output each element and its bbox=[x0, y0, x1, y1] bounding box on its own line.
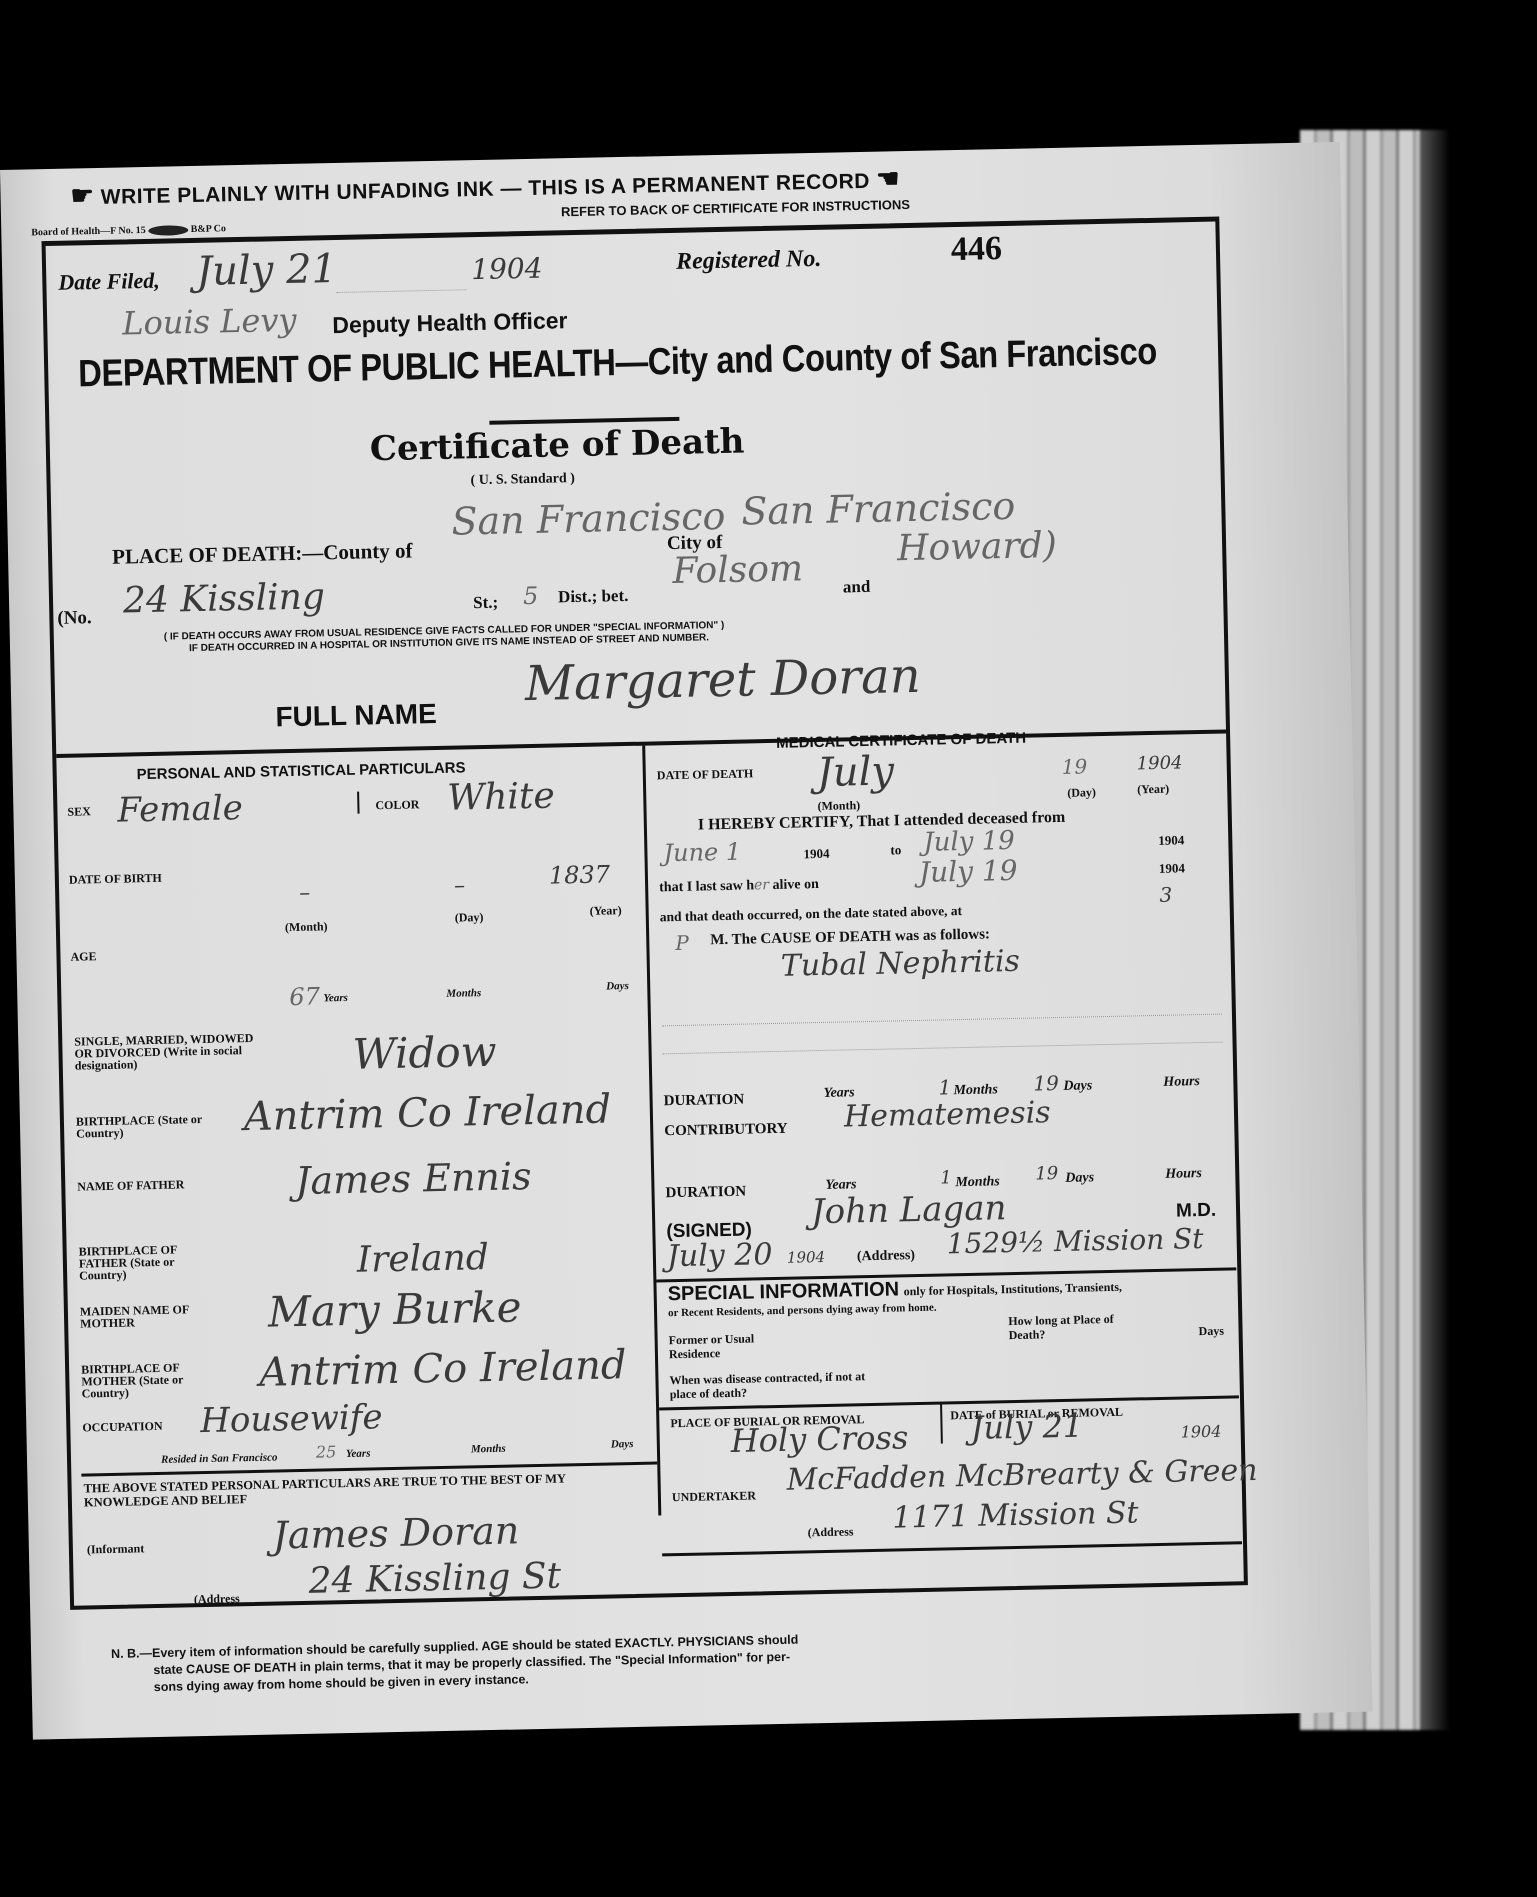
father-name-label: NAME OF FATHER bbox=[77, 1178, 187, 1192]
attended-from: June 1 bbox=[663, 838, 741, 868]
death-occurred-text: and that death occurred, on the date sta… bbox=[660, 903, 963, 925]
sex-label: SEX bbox=[67, 805, 91, 817]
mother-birthplace-label: BIRTHPLACE OF MOTHER (State or Country) bbox=[81, 1361, 222, 1400]
physician-address-label: (Address) bbox=[857, 1248, 915, 1265]
signed-year: 1904 bbox=[787, 1248, 826, 1267]
dob-year-label: (Year) bbox=[590, 904, 622, 917]
duration2-days: 19 bbox=[1035, 1163, 1058, 1184]
dod-month-label: (Month) bbox=[817, 799, 860, 812]
date-filed-label: Date Filed, bbox=[58, 268, 160, 296]
date-filed-year: 1904 bbox=[471, 252, 543, 286]
form-number-text: Board of Health—F No. 15 bbox=[31, 225, 146, 238]
burial-place-value: Holy Cross bbox=[730, 1418, 908, 1460]
printer-text: B&P Co bbox=[191, 223, 227, 235]
burial-date-value: July 21 bbox=[970, 1407, 1083, 1447]
physician-name: John Lagan bbox=[811, 1188, 1007, 1232]
duration2-label: DURATION bbox=[665, 1184, 746, 1203]
date-filed-value: July 21 bbox=[196, 246, 338, 295]
last-saw-label: that I last saw her alive on bbox=[659, 876, 819, 896]
informant-value: James Doran bbox=[272, 1508, 520, 1557]
father-name-value: James Ennis bbox=[295, 1154, 532, 1203]
attended-to: July 19 bbox=[923, 826, 1015, 858]
registered-label: Registered No. bbox=[676, 246, 822, 276]
street-no-label: (No. bbox=[57, 607, 92, 630]
former-residence-label: Former or Usual Residence bbox=[669, 1331, 780, 1361]
contributory-label: CONTRIBUTORY bbox=[664, 1121, 788, 1141]
full-name-label: FULL NAME bbox=[275, 698, 437, 733]
date-of-death-label: DATE OF DEATH bbox=[657, 767, 754, 781]
dob-month-label: (Month) bbox=[285, 920, 328, 933]
special-info-subtitle-1: only for Hospitals, Institutions, Transi… bbox=[903, 1280, 1122, 1299]
color-label: COLOR bbox=[375, 798, 419, 811]
officer-signature: Louis Levy bbox=[122, 301, 297, 343]
dod-year-label: (Year) bbox=[1137, 783, 1169, 796]
death-time-ampm: P bbox=[675, 931, 689, 955]
informant-address-value: 24 Kissling St bbox=[308, 1556, 561, 1602]
mother-name-label: MAIDEN NAME OF MOTHER bbox=[80, 1303, 200, 1330]
dod-day-label: (Day) bbox=[1067, 786, 1096, 799]
undertaker-address-value: 1171 Mission St bbox=[892, 1495, 1139, 1535]
registered-number: 446 bbox=[950, 230, 1002, 269]
md-label: M.D. bbox=[1176, 1200, 1217, 1223]
burial-date-year: 1904 bbox=[1180, 1422, 1221, 1442]
last-saw-date: July 19 bbox=[919, 854, 1018, 889]
to-label: to bbox=[890, 842, 901, 858]
duration2-days-label: Days bbox=[1065, 1170, 1094, 1187]
cause-of-death-value: Tubal Nephritis bbox=[780, 944, 1020, 984]
date-of-death-year: 1904 bbox=[1136, 752, 1182, 774]
street-address-value: 24 Kissling bbox=[123, 576, 326, 621]
color-value: White bbox=[447, 776, 555, 819]
duration-months: 1 bbox=[938, 1075, 951, 1099]
date-of-death-day: 19 bbox=[1061, 754, 1087, 779]
duration2-hours-label: Hours bbox=[1165, 1166, 1202, 1183]
last-saw-pronoun: er bbox=[754, 877, 769, 893]
age-months-label: Months bbox=[446, 987, 481, 1000]
attended-to-year: 1904 bbox=[1158, 832, 1184, 849]
age-days-label: Days bbox=[606, 980, 629, 992]
place-of-death-label: PLACE OF DEATH:—County of bbox=[112, 538, 413, 569]
district-value: 5 bbox=[523, 582, 539, 610]
alive-on-text: alive on bbox=[772, 877, 819, 893]
dob-day-label: (Day) bbox=[455, 911, 484, 924]
how-long-label: How long at Place of Death? bbox=[1008, 1312, 1129, 1343]
resided-years-label: Years bbox=[346, 1448, 371, 1461]
department-title: DEPARTMENT OF PUBLIC HEALTH—City and Cou… bbox=[78, 331, 1157, 397]
union-seal-icon bbox=[148, 225, 188, 236]
age-years-label: Years bbox=[323, 992, 348, 1005]
birthplace-value: Antrim Co Ireland bbox=[243, 1086, 611, 1140]
duration-days-label: Days bbox=[1063, 1078, 1092, 1095]
birthplace-label: BIRTHPLACE (State or Country) bbox=[76, 1113, 216, 1140]
between-street-2: Howard) bbox=[897, 525, 1057, 569]
us-standard: ( U. S. Standard ) bbox=[470, 471, 575, 489]
last-saw-year: 1904 bbox=[1159, 860, 1185, 877]
pointing-hand-icon: ☚ bbox=[876, 163, 900, 193]
resided-days-label: Days bbox=[611, 1438, 634, 1450]
resided-years: 25 bbox=[316, 1442, 337, 1461]
attestation-text: THE ABOVE STATED PERSONAL PARTICULARS AR… bbox=[83, 1470, 643, 1510]
age-years: 67 bbox=[289, 982, 320, 1011]
physician-address-value: 1529½ Mission St bbox=[946, 1222, 1203, 1260]
occupation-label: OCCUPATION bbox=[82, 1420, 162, 1434]
dob-day: – bbox=[454, 873, 466, 898]
full-name-value: Margaret Doran bbox=[524, 648, 921, 712]
pointing-hand-icon: ☛ bbox=[70, 180, 94, 210]
signed-date: July 20 bbox=[667, 1237, 773, 1274]
duration-label: DURATION bbox=[663, 1092, 744, 1111]
officer-title: Deputy Health Officer bbox=[332, 307, 568, 339]
certificate-form: Date Filed, July 21 1904 Registered No. … bbox=[41, 216, 1247, 1609]
duration2-months: 1 bbox=[940, 1167, 952, 1188]
how-long-days-label: Days bbox=[1198, 1324, 1224, 1340]
attended-from-year: 1904 bbox=[803, 846, 829, 863]
mother-name-value: Mary Burke bbox=[267, 1282, 521, 1336]
mother-birthplace-value: Antrim Co Ireland bbox=[259, 1342, 627, 1396]
medical-section-title: MEDICAL CERTIFICATE OF DEATH bbox=[776, 730, 1026, 752]
sex-value: Female bbox=[117, 788, 243, 831]
undertaker-value: McFadden McBrearty & Green bbox=[786, 1453, 1258, 1498]
dob-year: 1837 bbox=[549, 860, 611, 889]
undertaker-label: UNDERTAKER bbox=[672, 1489, 756, 1503]
refer-instructions: REFER TO BACK OF CERTIFICATE FOR INSTRUC… bbox=[561, 197, 910, 219]
duration-hours-label: Hours bbox=[1163, 1074, 1200, 1091]
between-street-1: Folsom bbox=[672, 548, 803, 592]
personal-section-title: PERSONAL AND STATISTICAL PARTICULARS bbox=[137, 759, 466, 783]
and-label: and bbox=[843, 577, 871, 598]
last-saw-text: that I last saw h bbox=[659, 878, 754, 895]
duration-days: 19 bbox=[1033, 1071, 1059, 1096]
informant-label: (Informant bbox=[87, 1542, 145, 1555]
dob-month: – bbox=[299, 881, 311, 906]
age-label: AGE bbox=[70, 950, 96, 963]
death-time-hour: 3 bbox=[1159, 883, 1172, 907]
resided-label: Resided in San Francisco bbox=[161, 1451, 278, 1465]
street-label: St.; bbox=[473, 593, 498, 614]
date-of-death-month: July bbox=[816, 748, 894, 796]
certificate-title: Certificate of Death bbox=[370, 421, 745, 469]
undertaker-address-label: (Address bbox=[808, 1525, 854, 1538]
contracted-label: When was disease contracted, if not at p… bbox=[669, 1369, 870, 1401]
father-birthplace-value: Ireland bbox=[356, 1237, 489, 1281]
marital-status-label: SINGLE, MARRIED, WIDOWED OR DIVORCED (Wr… bbox=[74, 1031, 275, 1071]
dob-label: DATE OF BIRTH bbox=[69, 872, 162, 886]
district-label: Dist.; bet. bbox=[558, 586, 629, 607]
resided-months-label: Months bbox=[471, 1443, 506, 1456]
footnote: N. B.—Every item of information should b… bbox=[111, 1622, 1262, 1697]
occupation-value: Housewife bbox=[200, 1397, 383, 1441]
death-certificate-page: ☛ WRITE PLAINLY WITH UNFADING INK — THIS… bbox=[0, 142, 1373, 1740]
marital-status-value: Widow bbox=[352, 1027, 497, 1079]
form-number: Board of Health—F No. 15 B&P Co bbox=[31, 223, 226, 238]
contributory-value: Hematemesis bbox=[844, 1095, 1051, 1134]
father-birthplace-label: BIRTHPLACE OF FATHER (State or Country) bbox=[79, 1243, 220, 1282]
informant-address-label: (Address bbox=[194, 1592, 240, 1605]
special-info-title: SPECIAL INFORMATION bbox=[667, 1278, 899, 1305]
